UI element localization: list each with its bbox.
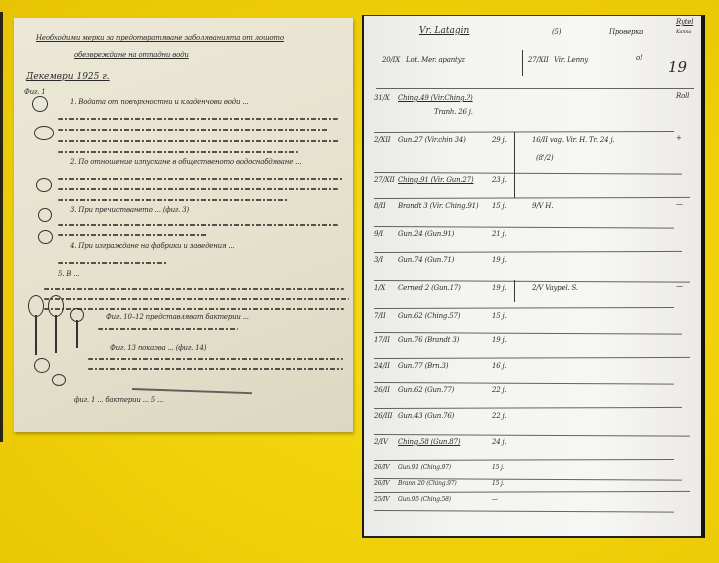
ledger-row-value: 16 j. (492, 362, 507, 370)
specimen-sketch-icon (38, 230, 53, 244)
ledger-row-date: 26/III (374, 412, 392, 420)
manuscript-paragraph: 1. Водата от повърхностни и кладенчови в… (70, 98, 248, 106)
ledger-row-date: 9/I (374, 230, 383, 238)
ledger-row-date: 27/XII (374, 176, 395, 184)
ledger-row-date: 3/I (374, 256, 383, 264)
ledger-row-note: (8'/2) (536, 154, 553, 162)
ledger-row-value: 19 j. (492, 336, 507, 344)
ledger-corner-label: Rytel (676, 18, 693, 26)
ledger-row-entry: Vir. Lenny (554, 56, 588, 64)
ledger-row-date: 27/XII (528, 56, 549, 64)
ledger-header-check: Проверка (609, 28, 643, 36)
ledger-row-entry: Ching.91 (Vir. Gun.27) (398, 176, 473, 184)
ledger-row-entry: Gun.27 (Vir.chin 34) (398, 136, 466, 144)
ledger-row-date: 8/II (374, 202, 386, 210)
ledger-row-date: 2/IV (374, 438, 388, 446)
ledger-row-value: 22 j. (492, 386, 507, 394)
ledger-row-date: 31/X (374, 94, 389, 102)
manuscript-date: Декември 1925 г. (26, 72, 110, 82)
ledger-row-entry: Gun.62 (Gun.77) (398, 386, 454, 394)
ledger-row-note: 2/V Vaypel. S. (532, 284, 578, 292)
ledger-row-value: 24 j. (492, 438, 507, 446)
ledger-corner-sub: Kanna (676, 29, 691, 35)
ledger-row-side-mark: — (676, 200, 683, 208)
ledger-row-value: 15 j. (492, 480, 504, 487)
ledger-row-date: 7/II (374, 312, 386, 320)
ledger-row-entry: Gun.77 (Brn.3) (398, 362, 448, 370)
ledger-row-entry: Gun.74 (Gun.71) (398, 256, 454, 264)
ledger-row-value: 19 j. (492, 284, 507, 292)
manuscript-paragraph: 4. При изграждане на фабрики и заведения… (70, 242, 235, 250)
ledger-row-side-mark: — (676, 282, 683, 290)
ledger-row-entry: Brann 20 (Ching.97) (398, 480, 457, 487)
ledger-row-date: 26/IV (374, 464, 389, 471)
ledger-row-value: 21 j. (492, 230, 507, 238)
manuscript-paragraph: 3. При пречистването ... (фиг. 3) (70, 206, 189, 214)
specimen-sketch-icon (38, 208, 52, 222)
adjacent-document-edge (0, 12, 3, 442)
manuscript-figure-caption: Фиг. 13 показва ... (фиг. 14) (110, 344, 206, 352)
manuscript-paragraph: 2. По отношение изпускане в общественото… (70, 158, 301, 166)
ledger-row-value: 29 j. (492, 136, 507, 144)
ledger-row-value: 15 j. (492, 464, 504, 471)
ledger-row-date: 2/XII (374, 136, 390, 144)
ledger-row-entry: Cerned 2 (Gun.17) (398, 284, 461, 292)
ledger-row-entry: Gun.24 (Gun.91) (398, 230, 454, 238)
manuscript-title-line-2: обезвреждане на отпадни води (74, 51, 189, 59)
ledger-row-entry: Gun.43 (Gun.76) (398, 412, 454, 420)
ledger-row-entry: Ching.49 (Vir.Ching.?) (398, 94, 473, 102)
ledger-row-value: 15 j. (492, 202, 507, 210)
manuscript-footer-line: фиг. 1 ... бактерии ... 5 ... (74, 396, 163, 404)
ledger-row-value: 19 (668, 58, 687, 76)
ledger-row-entry: Brandt 3 (Vir. Ching.91) (398, 202, 478, 210)
ledger-row-entry: Gun.91 (Ching.97) (398, 464, 451, 471)
ledger-row-date: 20/IX (382, 56, 400, 64)
handwritten-ledger-sheet: Vr. Latagin (5) Проверка Rytel Kanna 20/… (362, 15, 705, 538)
ledger-header-title: Vr. Latagin (419, 26, 469, 36)
ledger-row-side-mark: + (676, 134, 682, 142)
ledger-row-date: 17/II (374, 336, 390, 344)
ledger-row-side-mark: Roll (676, 92, 689, 100)
bacteria-sketch-icon (48, 295, 64, 317)
ledger-header-mark: (5) (552, 28, 561, 36)
ledger-row-note: 16/II vag. Vir. H. Tr. 24 j. (532, 136, 614, 144)
bacteria-sketch-icon (52, 374, 66, 386)
ledger-row-entry: Gun.95 (Ching.58) (398, 496, 451, 503)
ledger-row-value: 19 j. (492, 256, 507, 264)
bacteria-sketch-icon (34, 358, 50, 373)
ledger-row-entry: Lot. Mer. apantyz (406, 56, 465, 64)
manuscript-paragraph: 5. В ... (58, 270, 79, 278)
ledger-row-value: — (492, 496, 498, 503)
specimen-sketch-icon (36, 178, 52, 192)
ledger-row-date: 1/X (374, 284, 385, 292)
ledger-row-note: 9/V H. (532, 202, 553, 210)
specimen-sketch-icon (34, 126, 54, 140)
ledger-row-date: 24/II (374, 362, 390, 370)
specimen-sketch-icon (32, 96, 48, 112)
ledger-row-entry: Gun.76 (Brandt 3) (398, 336, 459, 344)
ledger-row-value: 23 j. (492, 176, 507, 184)
ledger-row-subentry: Tranh. 26 j. (434, 108, 473, 116)
manuscript-margin-note: Фиг. 1 (24, 88, 46, 96)
ledger-row-entry: Gun.62 (Ching.57) (398, 312, 460, 320)
ledger-row-date: 26/IV (374, 480, 389, 487)
ledger-row-date: 26/II (374, 386, 390, 394)
handwritten-manuscript-page: Необходими мерки за предотвратяване забо… (14, 18, 353, 432)
bacteria-sketch-icon (28, 295, 44, 317)
manuscript-figure-caption: Фиг. 10–12 представляват бактерии ... (106, 313, 249, 321)
ledger-row-entry: Ching.58 (Gun.87) (398, 438, 460, 446)
manuscript-title-line-1: Необходими мерки за предотвратяване забо… (36, 34, 284, 42)
ledger-row-value: 15 j. (492, 312, 507, 320)
ledger-row-date: 25/IV (374, 496, 389, 503)
ledger-row-mark: o! (636, 54, 643, 62)
ledger-row-value: 22 j. (492, 412, 507, 420)
